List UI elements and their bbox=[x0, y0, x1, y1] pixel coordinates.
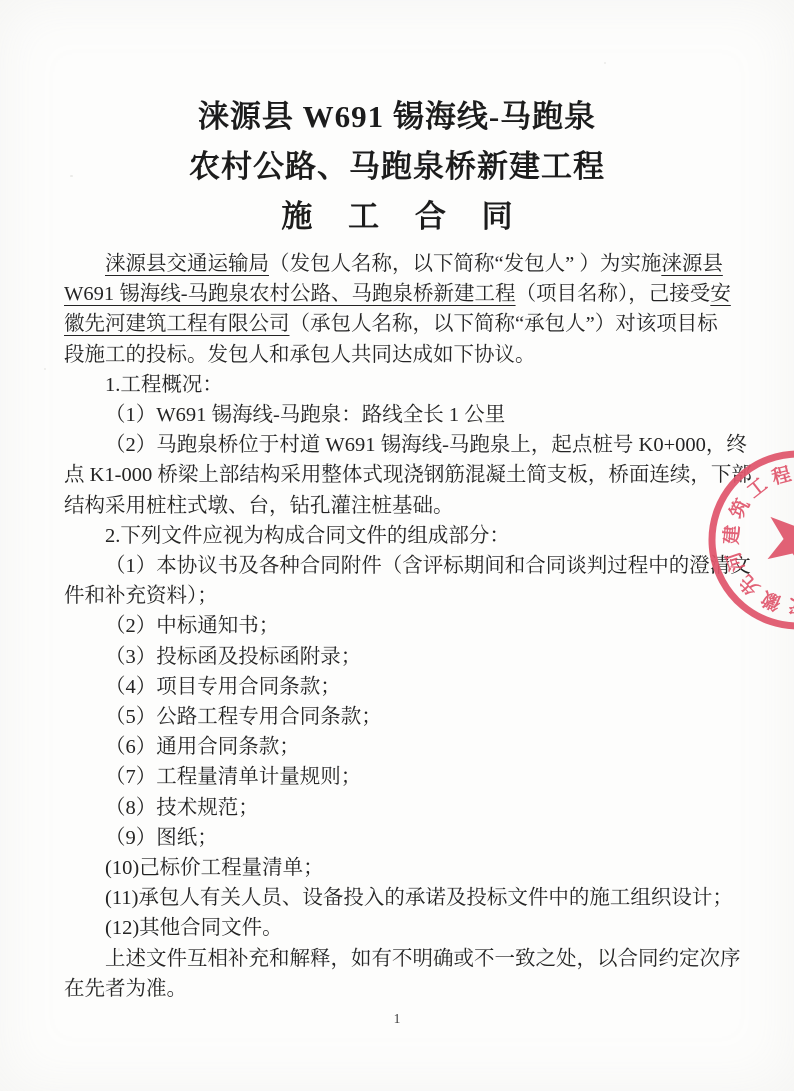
text-segment: （8）技术规范； bbox=[105, 797, 259, 819]
title-line-3: 施 工 合 同 bbox=[0, 192, 794, 242]
scan-speck bbox=[604, 62, 606, 64]
body-line: （6）通用合同条款； bbox=[64, 732, 740, 762]
text-segment: （4）项目专用合同条款； bbox=[105, 676, 341, 698]
scan-speck bbox=[44, 368, 46, 370]
text-segment: （3）投标函及投标函附录； bbox=[105, 646, 361, 668]
text-segment: （发包人名称，以下简称“发包人” ）为实施 bbox=[269, 253, 661, 275]
underlined-text: 徽先河建筑工程有限公司 bbox=[64, 313, 290, 335]
body-line: (10)己标价工程量清单； bbox=[64, 853, 740, 883]
body-line: （7）工程量清单计量规则； bbox=[64, 762, 740, 792]
text-segment: 点 K1-000 桥梁上部结构采用整体式现浇钢筋混凝土简支板，桥面连续，下部 bbox=[64, 464, 752, 486]
text-segment: （7）工程量清单计量规则； bbox=[105, 766, 361, 788]
text-segment: 段施工的投标。发包人和承包人共同达成如下协议。 bbox=[64, 344, 536, 366]
underlined-text: 安 bbox=[710, 283, 731, 305]
svg-text:安: 安 bbox=[788, 595, 794, 618]
body-line: （9）图纸； bbox=[64, 823, 740, 853]
body-line: 上述文件互相补充和解释，如有不明确或不一致之处，以合同约定次序 bbox=[64, 944, 740, 974]
text-segment: （5）公路工程专用合同条款； bbox=[105, 706, 382, 728]
text-segment: （1）本协议书及各种合同附件（含评标期间和合同谈判过程中的澄清文 bbox=[105, 555, 751, 577]
scanned-contract-page: 涞源县 W691 锡海线-马跑泉 农村公路、马跑泉桥新建工程 施 工 合 同 涞… bbox=[0, 0, 794, 1091]
underlined-text: W691 锡海线-马跑泉农村公路、马跑泉桥新建工程 bbox=[64, 283, 516, 305]
text-segment: 1.工程概况： bbox=[105, 374, 223, 396]
text-segment: （1）W691 锡海线-马跑泉：路线全长 1 公里 bbox=[105, 404, 505, 426]
body-line: (11)承包人有关人员、设备投入的承诺及投标文件中的施工组织设计； bbox=[64, 883, 740, 913]
contract-title: 涞源县 W691 锡海线-马跑泉 农村公路、马跑泉桥新建工程 施 工 合 同 bbox=[0, 92, 794, 242]
svg-text:徽: 徽 bbox=[758, 587, 785, 616]
body-line: 件和补充资料）； bbox=[64, 581, 740, 611]
contract-body: 涞源县交通运输局（发包人名称，以下简称“发包人” ）为实施涞源县W691 锡海线… bbox=[64, 249, 740, 1004]
svg-text:程: 程 bbox=[769, 462, 793, 489]
text-segment: （项目名称），己接受 bbox=[516, 283, 711, 305]
body-line: 徽先河建筑工程有限公司（承包人名称，以下简称“承包人”）对该项目标 bbox=[64, 309, 740, 339]
text-segment: 在先者为准。 bbox=[64, 978, 187, 1000]
text-segment: （承包人名称，以下简称“承包人”）对该项目标 bbox=[290, 313, 718, 335]
text-segment: 上述文件互相补充和解释，如有不明确或不一致之处，以合同约定次序 bbox=[105, 948, 741, 970]
text-segment: (11)承包人有关人员、设备投入的承诺及投标文件中的施工组织设计； bbox=[105, 887, 733, 909]
body-line: 1.工程概况： bbox=[64, 370, 740, 400]
body-line: 结构采用桩柱式墩、台，钻孔灌注桩基础。 bbox=[64, 491, 740, 521]
body-line: W691 锡海线-马跑泉农村公路、马跑泉桥新建工程（项目名称），己接受安 bbox=[64, 279, 740, 309]
text-segment: 结构采用桩柱式墩、台，钻孔灌注桩基础。 bbox=[64, 495, 454, 517]
body-line: 段施工的投标。发包人和承包人共同达成如下协议。 bbox=[64, 340, 740, 370]
body-line: （2）马跑泉桥位于村道 W691 锡海线-马跑泉上，起点桩号 K0+000，终 bbox=[64, 430, 740, 460]
body-line: （3）投标函及投标函附录； bbox=[64, 642, 740, 672]
text-segment: (10)己标价工程量清单； bbox=[105, 857, 324, 879]
underlined-text: 涞源县交通运输局 bbox=[105, 253, 269, 275]
text-segment: （2）马跑泉桥位于村道 W691 锡海线-马跑泉上，起点桩号 K0+000，终 bbox=[105, 434, 747, 456]
title-line-1: 涞源县 W691 锡海线-马跑泉 bbox=[0, 92, 794, 142]
scan-speck bbox=[118, 948, 120, 951]
body-line: 在先者为准。 bbox=[64, 974, 740, 1004]
body-line: 涞源县交通运输局（发包人名称，以下简称“发包人” ）为实施涞源县 bbox=[64, 249, 740, 279]
text-segment: (12)其他合同文件。 bbox=[105, 917, 283, 939]
body-line: （2）中标通知书； bbox=[64, 611, 740, 641]
body-line: 2.下列文件应视为构成合同文件的组成部分： bbox=[64, 521, 740, 551]
scan-speck bbox=[70, 175, 73, 177]
body-line: （4）项目专用合同条款； bbox=[64, 672, 740, 702]
page-number: 1 bbox=[0, 1011, 794, 1027]
title-line-2: 农村公路、马跑泉桥新建工程 bbox=[0, 142, 794, 192]
body-line: （5）公路工程专用合同条款； bbox=[64, 702, 740, 732]
text-segment: 件和补充资料）； bbox=[64, 585, 218, 607]
body-line: （1）W691 锡海线-马跑泉：路线全长 1 公里 bbox=[64, 400, 740, 430]
body-line: （8）技术规范； bbox=[64, 793, 740, 823]
text-segment: （9）图纸； bbox=[105, 827, 218, 849]
text-segment: （2）中标通知书； bbox=[105, 615, 279, 637]
underlined-text: 涞源县 bbox=[661, 253, 723, 275]
body-line: 点 K1-000 桥梁上部结构采用整体式现浇钢筋混凝土简支板，桥面连续，下部 bbox=[64, 460, 740, 490]
text-segment: 2.下列文件应视为构成合同文件的组成部分： bbox=[105, 525, 510, 547]
body-line: (12)其他合同文件。 bbox=[64, 913, 740, 943]
body-line: （1）本协议书及各种合同附件（含评标期间和合同谈判过程中的澄清文 bbox=[64, 551, 740, 581]
text-segment: （6）通用合同条款； bbox=[105, 736, 300, 758]
